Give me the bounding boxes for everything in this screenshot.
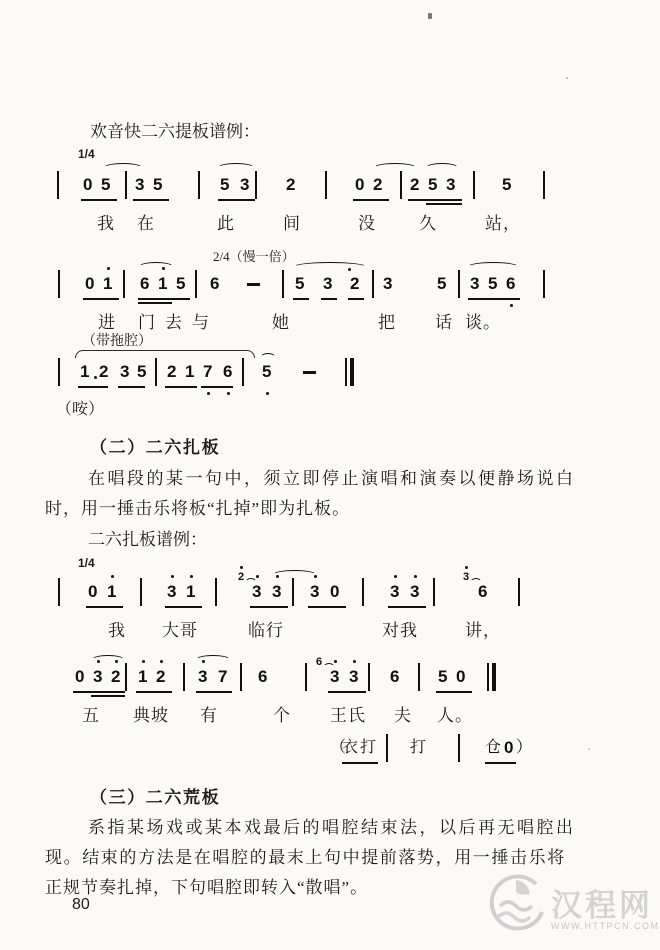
note-digit: 1: [138, 667, 147, 687]
slur-arc: [373, 163, 417, 173]
bar-line: [58, 578, 60, 606]
note-digit: 5: [176, 274, 185, 294]
octave-dot-below: [266, 392, 269, 395]
bar-line: [58, 270, 60, 298]
bar-line: [518, 578, 520, 606]
note-digit: 3: [330, 667, 339, 687]
slur-arc: [272, 570, 317, 580]
beam-underline: [118, 386, 145, 388]
lyric-exclamation: （咹）: [56, 396, 104, 419]
octave-dot-above: [107, 267, 110, 270]
octave-dot-above: [190, 575, 193, 578]
dot-after-note: [94, 376, 97, 379]
percussion-syllable: 衣: [342, 738, 358, 758]
octave-dot-above: [334, 660, 337, 663]
bar-line: [57, 171, 59, 199]
bar-line: [305, 663, 307, 691]
ink-speck: [588, 748, 590, 750]
beam-underline: [293, 298, 309, 300]
subtitle-zhaban-example: 二六扎板谱例：: [88, 525, 207, 550]
lyric-syllable: 王氏: [330, 701, 366, 726]
meter-signature-1: 1/4: [78, 147, 95, 161]
percussion-syllable: 打: [410, 738, 426, 758]
note-digit: 2: [167, 362, 176, 382]
paragraph-huangban-line2: 现。结束的方法是在唱腔的最末上句中提前落势，用一捶击乐将: [45, 843, 566, 868]
watermark-text: 汉程网: [551, 880, 653, 925]
note-digit: 3: [252, 582, 261, 602]
beam-underline: [73, 691, 125, 693]
beam-underline: [165, 606, 202, 608]
octave-dot-below: [510, 304, 513, 307]
note-digit: 5: [295, 274, 304, 294]
note-digit: 3: [135, 175, 144, 195]
beam-underline: [218, 199, 255, 201]
final-bar-line: [350, 358, 354, 386]
lyric-syllable: 去: [165, 308, 183, 333]
beam-underline: [83, 298, 119, 300]
bar-line: [123, 270, 125, 298]
slur-arc: [293, 262, 367, 272]
lyric-syllable: 她: [272, 308, 290, 333]
note-digit: 3: [349, 667, 358, 687]
duration-dash: [247, 283, 260, 286]
note-digit: 1: [103, 274, 112, 294]
octave-dot-below: [207, 392, 210, 395]
octave-dot-above: [111, 575, 114, 578]
bar-line: [140, 578, 142, 606]
bar-line: [543, 171, 545, 199]
beam-underline: [308, 606, 346, 608]
beam-underline: [436, 691, 472, 693]
slur-arc: [91, 655, 125, 665]
beam-underline: [136, 691, 172, 693]
bar-line: [155, 358, 157, 386]
bar-line: [242, 358, 244, 386]
bar-line: [400, 171, 402, 199]
lyric-syllable: 站，: [485, 209, 521, 234]
bar-line: [125, 663, 127, 691]
note-digit: 3: [240, 175, 249, 195]
bar-line: [58, 358, 60, 386]
note-digit: 0: [504, 738, 513, 758]
bar-line: [240, 663, 242, 691]
note-digit: 5: [502, 175, 511, 195]
ink-speck: [566, 77, 568, 79]
bar-line: [473, 171, 475, 199]
note-digit: 1: [158, 274, 167, 294]
note-digit: 3: [198, 667, 207, 687]
beam-underline: [353, 199, 389, 201]
beam-underline: [78, 386, 108, 388]
paragraph-zhaban-line2: 时，用一捶击乐将板“扎掉”即为扎板。: [45, 494, 350, 519]
beam-underline: [138, 302, 172, 304]
slur-arc: [217, 163, 255, 173]
note-digit: 1: [107, 582, 116, 602]
watermark-logo: [486, 872, 546, 936]
slur-arc: [425, 163, 459, 173]
beam-underline: [348, 298, 364, 300]
bar-line: [183, 663, 185, 691]
final-bar-line: [492, 663, 496, 691]
bar-line: [195, 270, 197, 298]
slur-arc: [138, 262, 174, 272]
beam-underline: [165, 386, 197, 388]
note-digit: 2: [111, 667, 120, 687]
octave-dot-below: [227, 392, 230, 395]
slur-arc: [195, 655, 231, 665]
bar-line: [386, 734, 388, 762]
percussion-syllable: 打: [360, 738, 376, 758]
note-digit: 3: [410, 582, 419, 602]
note-digit: 7: [218, 667, 227, 687]
note-digit: 1: [80, 362, 89, 382]
note-digit: 2: [350, 274, 359, 294]
lyric-syllable: 与: [192, 308, 210, 333]
note-digit: 0: [85, 274, 94, 294]
bar-line: [125, 171, 127, 199]
note-digit: 0: [330, 582, 339, 602]
page-number: 80: [72, 896, 90, 914]
note-digit: 2: [99, 362, 108, 382]
bar-line: [325, 171, 327, 199]
note-digit: 3: [167, 582, 176, 602]
lyric-syllable: 久: [419, 209, 437, 234]
bar-line: [362, 578, 364, 606]
note-digit: 6: [140, 274, 149, 294]
meter-signature-3: 1/4: [78, 556, 95, 570]
paragraph-huangban-line1: 系指某场戏或某本戏最后的唱腔结束法，以后再无唱腔出: [88, 813, 576, 838]
octave-dot-above: [414, 575, 417, 578]
note-digit: 5: [220, 175, 229, 195]
note-digit: 6: [478, 582, 487, 602]
octave-dot-above: [171, 575, 174, 578]
octave-dot-above: [256, 575, 259, 578]
beam-underline: [426, 203, 462, 205]
scanned-score-page: 欢音快二六提板谱例： 1/4 2/4（慢一倍） （带拖腔） （咹） （二）二六扎…: [0, 0, 660, 950]
note-digit: 5: [262, 362, 271, 382]
lyric-syllable: 人。: [437, 701, 473, 726]
lyric-syllable: 谈。: [465, 308, 501, 333]
beam-underline: [133, 199, 169, 201]
ink-speck: [428, 13, 432, 19]
lyric-syllable: 临行: [248, 616, 284, 641]
beam-underline: [91, 695, 125, 697]
note-digit: 7: [203, 362, 212, 382]
lyric-syllable: 此: [217, 209, 235, 234]
note-digit: 3: [310, 582, 319, 602]
lyric-syllable: 间: [283, 209, 301, 234]
section-heading-2: （二）二六扎板: [90, 433, 220, 458]
page-title: 欢音快二六提板谱例：: [90, 117, 260, 142]
note-digit: 0: [456, 667, 465, 687]
note-digit: 3: [93, 667, 102, 687]
note-digit: 0: [355, 175, 364, 195]
grace-note: 6: [316, 656, 322, 668]
beam-underline: [342, 762, 378, 764]
octave-dot-above: [160, 660, 163, 663]
duration-dash: [303, 371, 316, 374]
octave-dot-above: [142, 660, 145, 663]
bar-line: [458, 734, 460, 762]
bar-line: [282, 270, 284, 298]
bar-line: [418, 663, 420, 691]
bar-line: [543, 270, 545, 298]
beam-underline: [408, 199, 462, 201]
note-digit: 3: [446, 175, 455, 195]
bar-line: [198, 171, 200, 199]
bar-line: [372, 270, 374, 298]
beam-underline: [196, 691, 232, 693]
octave-dot-above: [240, 566, 243, 569]
grace-note: 3: [463, 571, 469, 583]
note-digit: 6: [390, 667, 399, 687]
beam-underline: [321, 298, 337, 300]
note-digit: 3: [470, 274, 479, 294]
lyric-syllable: 大哥: [162, 616, 198, 641]
final-bar-line: [487, 663, 489, 691]
note-digit: 2: [373, 175, 382, 195]
paragraph-zhaban-line1: 在唱段的某一句中，须立即停止演唱和演奏以便静场说白: [88, 464, 576, 489]
note-digit: 5: [488, 274, 497, 294]
lyric-syllable: 有: [200, 701, 218, 726]
beam-underline: [468, 298, 520, 300]
beam-underline: [86, 606, 123, 608]
beam-underline: [81, 199, 117, 201]
bar-line: [292, 578, 294, 606]
bar-line: [215, 578, 217, 606]
beam-underline: [388, 606, 426, 608]
note-digit: 3: [323, 274, 332, 294]
slur-arc: [103, 163, 143, 173]
note-digit: 0: [88, 582, 97, 602]
note-digit: 6: [223, 362, 232, 382]
tuoqiang-annotation: （带拖腔）: [82, 330, 152, 350]
note-digit: 3: [272, 582, 281, 602]
beam-underline: [250, 606, 288, 608]
beam-underline: [485, 762, 516, 764]
meter-signature-2: 2/4（慢一倍）: [213, 246, 295, 265]
beam-underline: [328, 691, 366, 693]
octave-dot-above: [353, 660, 356, 663]
lyric-syllable: 典坡: [133, 701, 169, 726]
note-digit: 0: [83, 175, 92, 195]
note-digit: 6: [258, 667, 267, 687]
lyric-syllable: 门: [138, 308, 156, 333]
lyric-syllable: 我: [108, 616, 126, 641]
lyric-syllable: 夫: [394, 701, 412, 726]
note-digit: 5: [137, 362, 146, 382]
lyric-syllable: 讲，: [465, 616, 501, 641]
note-digit: 2: [286, 175, 295, 195]
lyric-syllable: 把: [378, 308, 396, 333]
octave-dot-above: [394, 575, 397, 578]
lyric-syllable: 五: [82, 701, 100, 726]
note-digit: 6: [506, 274, 515, 294]
percussion-syllable: 仓: [485, 738, 501, 758]
beam-underline: [138, 298, 190, 300]
note-digit: 6: [210, 274, 219, 294]
watermark-url: WWW.HTTPCN.COM: [551, 921, 659, 931]
percussion-syllable: ）: [516, 738, 532, 758]
lyric-syllable: 我: [97, 209, 115, 234]
lyric-syllable: 话: [435, 308, 453, 333]
lyric-syllable: 对我: [382, 616, 418, 641]
bar-line: [458, 270, 460, 298]
beam-underline: [201, 386, 233, 388]
note-digit: 5: [428, 175, 437, 195]
grace-note: 2: [238, 571, 244, 583]
bar-line: [433, 578, 435, 606]
paragraph-huangban-line3: 正规节奏扎掉，下句唱腔即转入“散唱”。: [45, 873, 368, 898]
final-bar-line: [345, 358, 347, 386]
lyric-syllable: 进: [98, 308, 116, 333]
note-digit: 5: [153, 175, 162, 195]
fermata-arc: [260, 353, 276, 363]
note-digit: 5: [438, 667, 447, 687]
note-digit: 1: [185, 362, 194, 382]
note-digit: 0: [75, 667, 84, 687]
bar-line: [368, 663, 370, 691]
lyric-syllable: 在: [137, 209, 155, 234]
slur-arc: [467, 262, 519, 272]
lyric-syllable: 个: [273, 701, 291, 726]
bar-line: [255, 171, 257, 199]
section-heading-3: （三）二六荒板: [90, 783, 220, 808]
lyric-syllable: 没: [358, 209, 376, 234]
tuoqiang-slur: [75, 350, 255, 358]
octave-dot-above: [465, 566, 468, 569]
note-digit: 1: [186, 582, 195, 602]
note-digit: 3: [120, 362, 129, 382]
note-digit: 5: [101, 175, 110, 195]
note-digit: 5: [437, 274, 446, 294]
note-digit: 3: [390, 582, 399, 602]
note-digit: 2: [156, 667, 165, 687]
note-digit: 3: [383, 274, 392, 294]
note-digit: 2: [410, 175, 419, 195]
